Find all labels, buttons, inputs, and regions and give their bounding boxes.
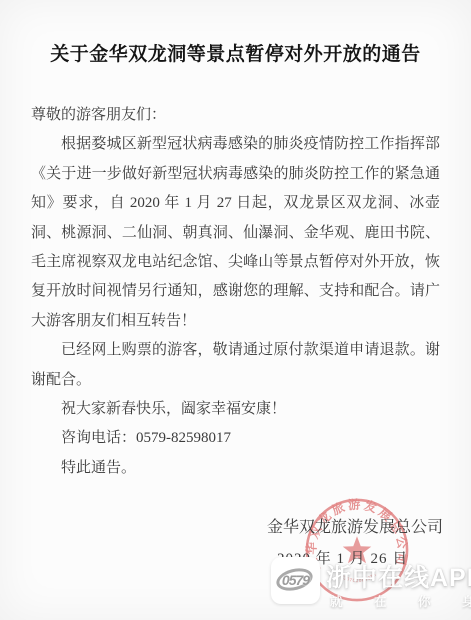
- paragraph-closing: 特此通告。: [31, 454, 440, 483]
- salutation-line: 尊敬的游客朋友们：: [31, 101, 440, 130]
- notice-body: 尊敬的游客朋友们： 根据婺城区新型冠状病毒感染的肺炎疫情防控工作指挥部《关于进一…: [31, 101, 440, 483]
- paragraph-wishes: 祝大家新春快乐，阖家幸福安康！: [31, 395, 440, 424]
- app-logo-icon: 0579: [271, 557, 320, 604]
- paragraph-refund: 已经网上购票的游客，敬请通过原付款渠道申请退款。谢谢配合。: [31, 336, 440, 395]
- notice-document: 关于金华双龙洞等景点暂停对外开放的通告 尊敬的游客朋友们： 根据婺城区新型冠状病…: [0, 0, 471, 620]
- paragraph-phone: 咨询电话：0579-82598017: [31, 424, 440, 453]
- signature-company: 金华双龙旅游发展总公司: [267, 514, 443, 537]
- paragraph-main: 根据婺城区新型冠状病毒感染的肺炎疫情防控工作指挥部《关于进一步做好新型冠状病毒感…: [31, 130, 440, 336]
- watermark-app-name: 浙中在线APP: [326, 558, 471, 594]
- watermark-tagline: 就 在 你 身 边: [330, 592, 471, 610]
- logo-number: 0579: [271, 572, 320, 588]
- notice-title: 关于金华双龙洞等景点暂停对外开放的通告: [0, 39, 471, 66]
- app-watermark: 0579 浙中在线APP 就 在 你 身 边: [0, 552, 471, 620]
